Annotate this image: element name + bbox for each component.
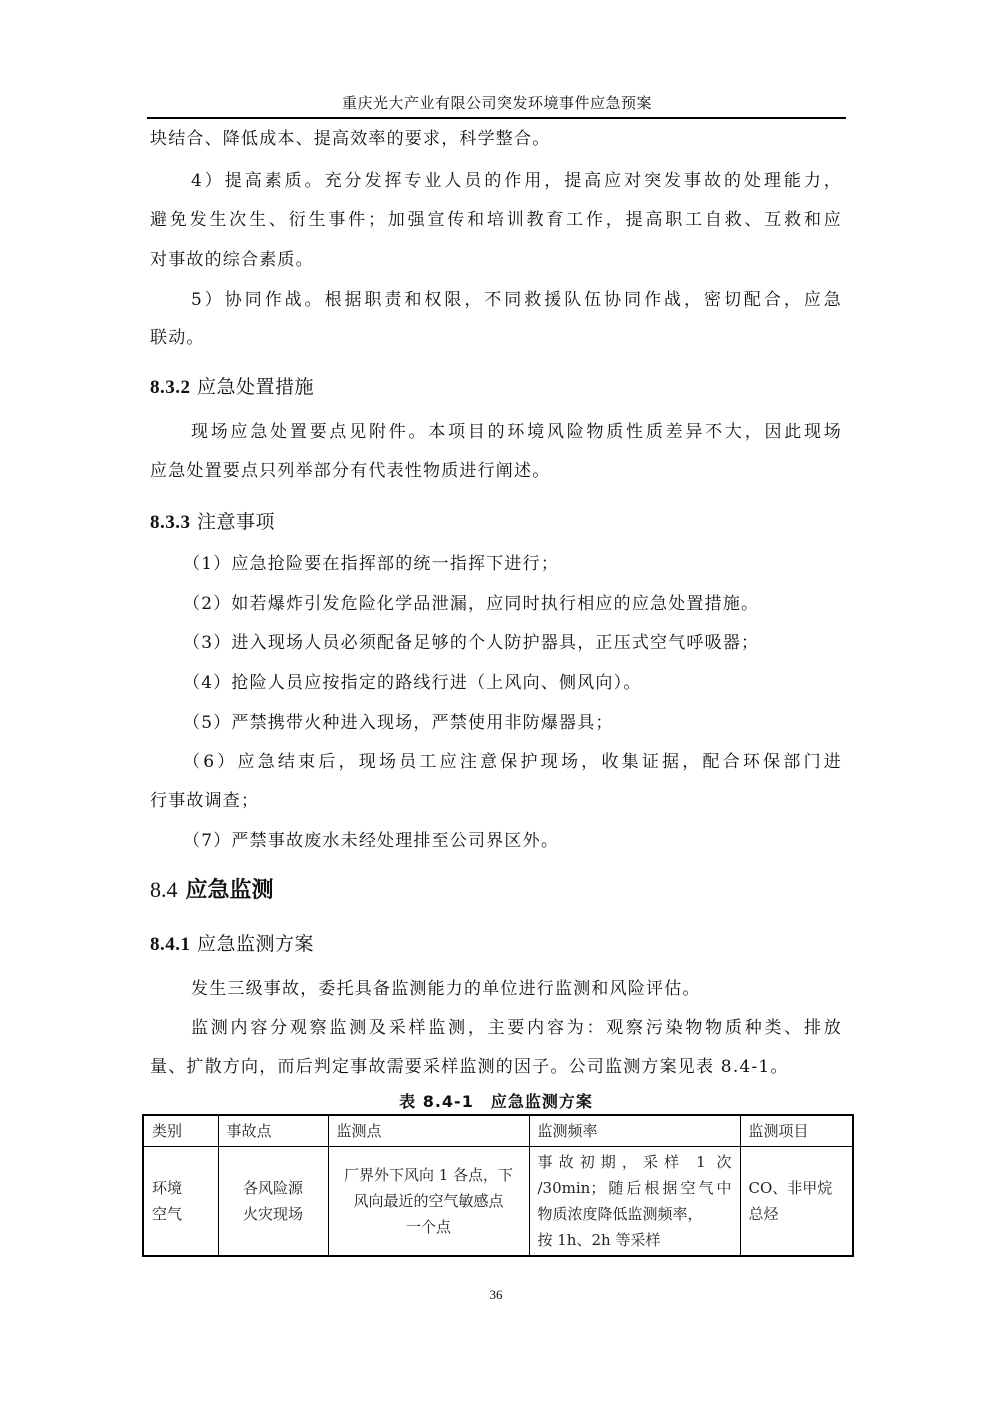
section-title: 注意事项 (197, 511, 275, 533)
monitoring-plan-table: 类别 事故点 监测点 监测频率 监测项目 环境 空气 各风险源 火灾现场 厂界外… (142, 1114, 854, 1257)
paragraph-line: 块结合、降低成本、提高效率的要求，科学整合。 (150, 128, 842, 150)
section-number: 8.3.3 (150, 512, 191, 533)
cell-line: CO、非甲烷 (749, 1175, 845, 1201)
section-number: 8.4 (150, 877, 178, 902)
paragraph-line: 4）提高素质。充分发挥专业人员的作用，提高应对突发事故的处理能力， (191, 170, 842, 192)
cell-line: 按 1h、2h 等采样 (538, 1227, 732, 1253)
table-cell-items: CO、非甲烷 总烃 (740, 1147, 853, 1257)
section-heading-8-3-2: 8.3.2 应急处置措施 (150, 372, 314, 399)
table-cell-incident-point: 各风险源 火灾现场 (218, 1147, 328, 1257)
section-heading-8-4: 8.4应急监测 (150, 873, 274, 904)
cell-line: 厂界外下风向 1 各点，下 (337, 1162, 521, 1188)
paragraph-line: 联动。 (150, 327, 842, 349)
section-number: 8.4.1 (150, 934, 191, 955)
cell-line: /30min；随后根据空气中 (538, 1175, 732, 1201)
header-rule (147, 117, 846, 119)
cell-line: 总烃 (749, 1201, 845, 1227)
paragraph-line: 应急处置要点只列举部分有代表性物质进行阐述。 (150, 460, 842, 482)
list-item: （1）应急抢险要在指挥部的统一指挥下进行； (183, 553, 875, 575)
table-cell-category: 环境 空气 (143, 1147, 218, 1257)
section-heading-8-3-3: 8.3.3 注意事项 (150, 507, 275, 534)
section-heading-8-4-1: 8.4.1 应急监测方案 (150, 929, 314, 956)
paragraph-line: 5）协同作战。根据职责和权限，不同救援队伍协同作战，密切配合，应急 (191, 289, 842, 311)
running-header: 重庆光大产业有限公司突发环境事件应急预案 (147, 92, 847, 113)
section-title: 应急监测 (186, 878, 274, 903)
list-item: （7）严禁事故废水未经处理排至公司界区外。 (183, 830, 875, 852)
page-number: 36 (0, 1287, 992, 1303)
paragraph-line: 量、扩散方向，而后判定事故需要采样监测的因子。公司监测方案见表 8.4-1。 (150, 1056, 842, 1078)
list-item-continuation: 行事故调查； (150, 790, 842, 812)
list-item: （6）应急结束后，现场员工应注意保护现场，收集证据，配合环保部门进 (183, 751, 842, 773)
cell-line: 物质浓度降低监测频率， (538, 1201, 732, 1227)
cell-line: 环境 (152, 1175, 210, 1201)
table-header-cell: 类别 (143, 1115, 218, 1147)
table-cell-monitor-point: 厂界外下风向 1 各点，下 风向最近的空气敏感点 一个点 (328, 1147, 529, 1257)
table-header-cell: 监测频率 (529, 1115, 740, 1147)
paragraph-line: 发生三级事故，委托具备监测能力的单位进行监测和风险评估。 (191, 978, 842, 1000)
section-title: 应急处置措施 (197, 376, 314, 398)
cell-line: 风向最近的空气敏感点 (337, 1188, 521, 1214)
paragraph-line: 现场应急处置要点见附件。本项目的环境风险物质性质差异不大，因此现场 (191, 421, 842, 443)
cell-line: 各风险源 (227, 1175, 320, 1201)
list-item: （4）抢险人员应按指定的路线行进（上风向、侧风向）。 (183, 672, 875, 694)
cell-line: 一个点 (337, 1214, 521, 1240)
table-cell-frequency: 事故初期，采样 1 次 /30min；随后根据空气中 物质浓度降低监测频率， 按… (529, 1147, 740, 1257)
table-caption: 表 8.4-1 应急监测方案 (150, 1089, 842, 1112)
cell-line: 空气 (152, 1201, 210, 1227)
paragraph-line: 监测内容分观察监测及采样监测，主要内容为：观察污染物物质种类、排放 (191, 1017, 842, 1039)
list-item: （3）进入现场人员必须配备足够的个人防护器具，正压式空气呼吸器； (183, 632, 875, 654)
cell-line: 事故初期，采样 1 次 (538, 1149, 732, 1175)
list-item: （2）如若爆炸引发危险化学品泄漏，应同时执行相应的应急处置措施。 (183, 593, 875, 615)
paragraph-line: 避免发生次生、衍生事件；加强宣传和培训教育工作，提高职工自救、互救和应 (150, 209, 842, 231)
list-item: （5）严禁携带火种进入现场，严禁使用非防爆器具； (183, 712, 875, 734)
cell-line: 火灾现场 (227, 1201, 320, 1227)
section-number: 8.3.2 (150, 377, 191, 398)
table-header-cell: 事故点 (218, 1115, 328, 1147)
table-header-row: 类别 事故点 监测点 监测频率 监测项目 (143, 1115, 853, 1147)
document-page: 重庆光大产业有限公司突发环境事件应急预案 块结合、降低成本、提高效率的要求，科学… (0, 0, 992, 1403)
table-header-cell: 监测点 (328, 1115, 529, 1147)
table-header-cell: 监测项目 (740, 1115, 853, 1147)
table-row: 环境 空气 各风险源 火灾现场 厂界外下风向 1 各点，下 风向最近的空气敏感点… (143, 1147, 853, 1257)
section-title: 应急监测方案 (197, 933, 314, 955)
paragraph-line: 对事故的综合素质。 (150, 249, 842, 271)
